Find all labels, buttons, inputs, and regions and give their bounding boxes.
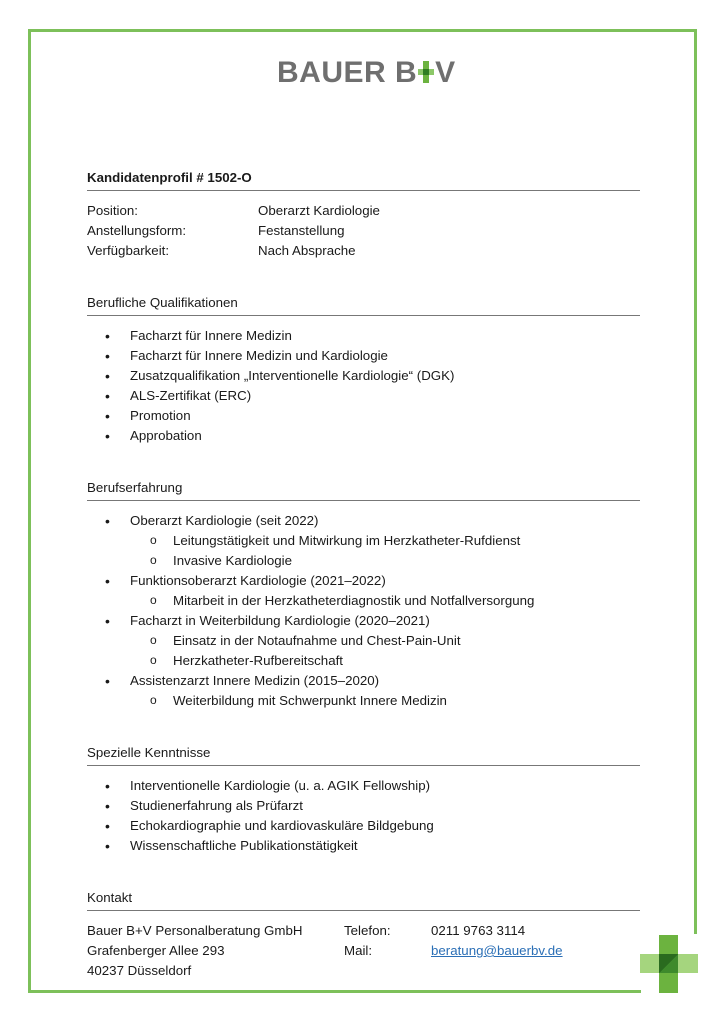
sub-list-item: Herzkatheter-Rufbereitschaft: [130, 651, 640, 671]
sub-list-item: Weiterbildung mit Schwerpunkt Innere Med…: [130, 691, 640, 711]
page-frame-left: [28, 29, 31, 992]
document-body: Kandidatenprofil # 1502-O Position: Ober…: [87, 168, 640, 981]
list-item: ALS-Zertifikat (ERC): [87, 386, 640, 406]
list-item: Funktionsoberarzt Kardiologie (2021–2022…: [87, 571, 640, 611]
list-item: Echokardiographie und kardiovaskuläre Bi…: [87, 816, 640, 836]
mail-link[interactable]: beratung@bauerbv.de: [431, 943, 563, 958]
list-item: Oberarzt Kardiologie (seit 2022) Leitung…: [87, 511, 640, 571]
list-item: Facharzt für Innere Medizin: [87, 326, 640, 346]
info-row: Verfügbarkeit: Nach Absprache: [87, 241, 640, 261]
section-heading: Berufserfahrung: [87, 478, 640, 501]
page-frame-bottom: [28, 990, 641, 993]
list-item: Studienerfahrung als Prüfarzt: [87, 796, 640, 816]
plus-icon: [418, 61, 434, 83]
mail-label: Mail:: [344, 941, 431, 961]
list-item: Facharzt in Weiterbildung Kardiologie (2…: [87, 611, 640, 671]
list-item: Promotion: [87, 406, 640, 426]
brand-logo: BAUER BV: [277, 55, 456, 91]
experience-section: Berufserfahrung Oberarzt Kardiologie (se…: [87, 478, 640, 711]
info-row: Position: Oberarzt Kardiologie: [87, 201, 640, 221]
list-item: Approbation: [87, 426, 640, 446]
section-heading: Kontakt: [87, 888, 640, 911]
list-item: Zusatzqualifikation „Interventionelle Ka…: [87, 366, 640, 386]
profile-info: Position: Oberarzt Kardiologie Anstellun…: [87, 201, 640, 261]
corner-cross-icon: [640, 935, 698, 993]
sub-list-item: Invasive Kardiologie: [130, 551, 640, 571]
list-item: Assistenzarzt Innere Medizin (2015–2020)…: [87, 671, 640, 711]
page-frame-right: [694, 29, 697, 934]
info-row: Anstellungsform: Festanstellung: [87, 221, 640, 241]
list-item: Facharzt für Innere Medizin und Kardiolo…: [87, 346, 640, 366]
list-item: Wissenschaftliche Publikationstätigkeit: [87, 836, 640, 856]
contact-section: Kontakt Bauer B+V Personalberatung GmbH …: [87, 888, 640, 981]
sub-list-item: Leitungstätigkeit und Mitwirkung im Herz…: [130, 531, 640, 551]
qualifications-section: Berufliche Qualifikationen Facharzt für …: [87, 293, 640, 446]
skills-section: Spezielle Kenntnisse Interventionelle Ka…: [87, 743, 640, 856]
page-frame-top: [28, 29, 697, 32]
list-item: Interventionelle Kardiologie (u. a. AGIK…: [87, 776, 640, 796]
section-heading: Spezielle Kenntnisse: [87, 743, 640, 766]
profile-title: Kandidatenprofil # 1502-O: [87, 168, 640, 191]
phone-label: Telefon:: [344, 921, 431, 941]
sub-list-item: Einsatz in der Notaufnahme und Chest-Pai…: [130, 631, 640, 651]
section-heading: Berufliche Qualifikationen: [87, 293, 640, 316]
sub-list-item: Mitarbeit in der Herzkatheterdiagnostik …: [130, 591, 640, 611]
phone-number: 0211 9763 3114: [431, 921, 563, 941]
contact-address: Bauer B+V Personalberatung GmbH Grafenbe…: [87, 921, 344, 981]
